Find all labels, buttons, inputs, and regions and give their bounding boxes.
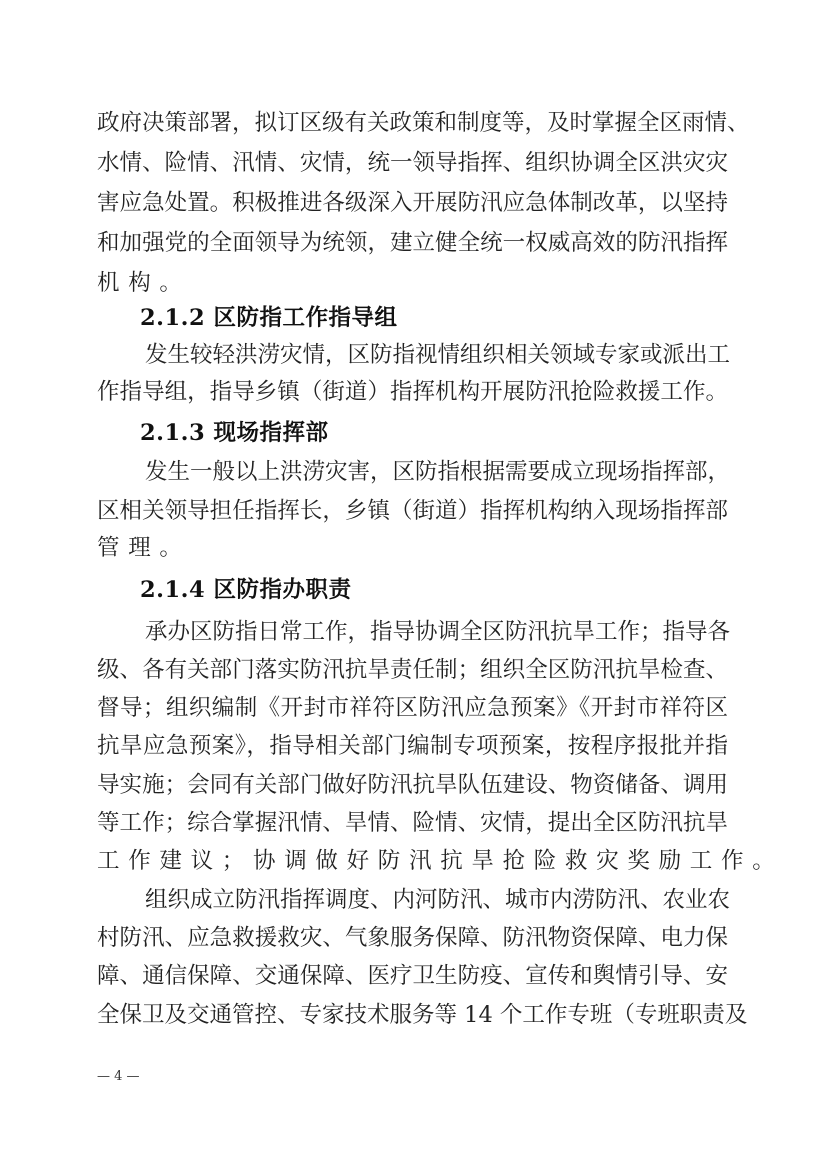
body-text-line: 导实施；会同有关部门做好防汛抗旱队伍建设、物资储备、调用 bbox=[97, 769, 728, 801]
body-text-line: 发生较轻洪涝灾情，区防指视情组织相关领域专家或派出工 bbox=[145, 339, 728, 371]
body-text-line: 发生一般以上洪涝灾害，区防指根据需要成立现场指挥部， bbox=[145, 456, 728, 488]
body-text-line: 管理。 bbox=[97, 532, 728, 564]
body-text-line: 全保卫及交通管控、专家技术服务等 14 个工作专班（专班职责及 bbox=[97, 999, 728, 1031]
body-text-line: 水情、险情、汛情、灾情，统一领导指挥、组织协调全区洪灾灾 bbox=[97, 147, 728, 179]
body-text-line: 督导；组织编制《开封市祥符区防汛应急预案》《开封市祥符区 bbox=[97, 692, 728, 724]
section-heading-2-1-2: 2.1.2 区防指工作指导组 bbox=[140, 302, 397, 334]
body-text-line: 工作建议；协调做好防汛抗旱抢险救灾奖励工作。 bbox=[97, 845, 728, 877]
body-text-line: 和加强党的全面领导为统领，建立健全统一权威高效的防汛指挥 bbox=[97, 227, 728, 259]
body-text-line: 村防汛、应急救援救灾、气象服务保障、防汛物资保障、电力保 bbox=[97, 922, 728, 954]
body-text-line: 组织成立防汛指挥调度、内河防汛、城市内涝防汛、农业农 bbox=[145, 884, 728, 916]
body-text-line: 抗旱应急预案》，指导相关部门编制专项预案，按程序报批并指 bbox=[97, 730, 728, 762]
body-text-line: 政府决策部署，拟订区级有关政策和制度等，及时掌握全区雨情、 bbox=[97, 107, 728, 139]
body-text-line: 等工作；综合掌握汛情、旱情、险情、灾情，提出全区防汛抗旱 bbox=[97, 807, 728, 839]
body-text-line: 承办区防指日常工作，指导协调全区防汛抗旱工作；指导各 bbox=[145, 616, 728, 648]
body-text-line: 区相关领导担任指挥长，乡镇（街道）指挥机构纳入现场指挥部 bbox=[97, 495, 728, 527]
body-text-line: 害应急处置。积极推进各级深入开展防汛应急体制改革，以坚持 bbox=[97, 187, 728, 219]
section-heading-2-1-3: 2.1.3 现场指挥部 bbox=[140, 417, 328, 449]
body-text-line: 作指导组，指导乡镇（街道）指挥机构开展防汛抢险救援工作。 bbox=[97, 376, 728, 408]
body-text-line: 障、通信保障、交通保障、医疗卫生防疫、宣传和舆情引导、安 bbox=[97, 960, 728, 992]
document-page: 政府决策部署，拟订区级有关政策和制度等，及时掌握全区雨情、 水情、险情、汛情、灾… bbox=[0, 0, 826, 1169]
body-text-line: 机构。 bbox=[97, 267, 728, 299]
page-number: — 4 — bbox=[97, 1068, 140, 1086]
body-text-line: 级、各有关部门落实防汛抗旱责任制；组织全区防汛抗旱检查、 bbox=[97, 654, 728, 686]
section-heading-2-1-4: 2.1.4 区防指办职责 bbox=[140, 574, 351, 606]
